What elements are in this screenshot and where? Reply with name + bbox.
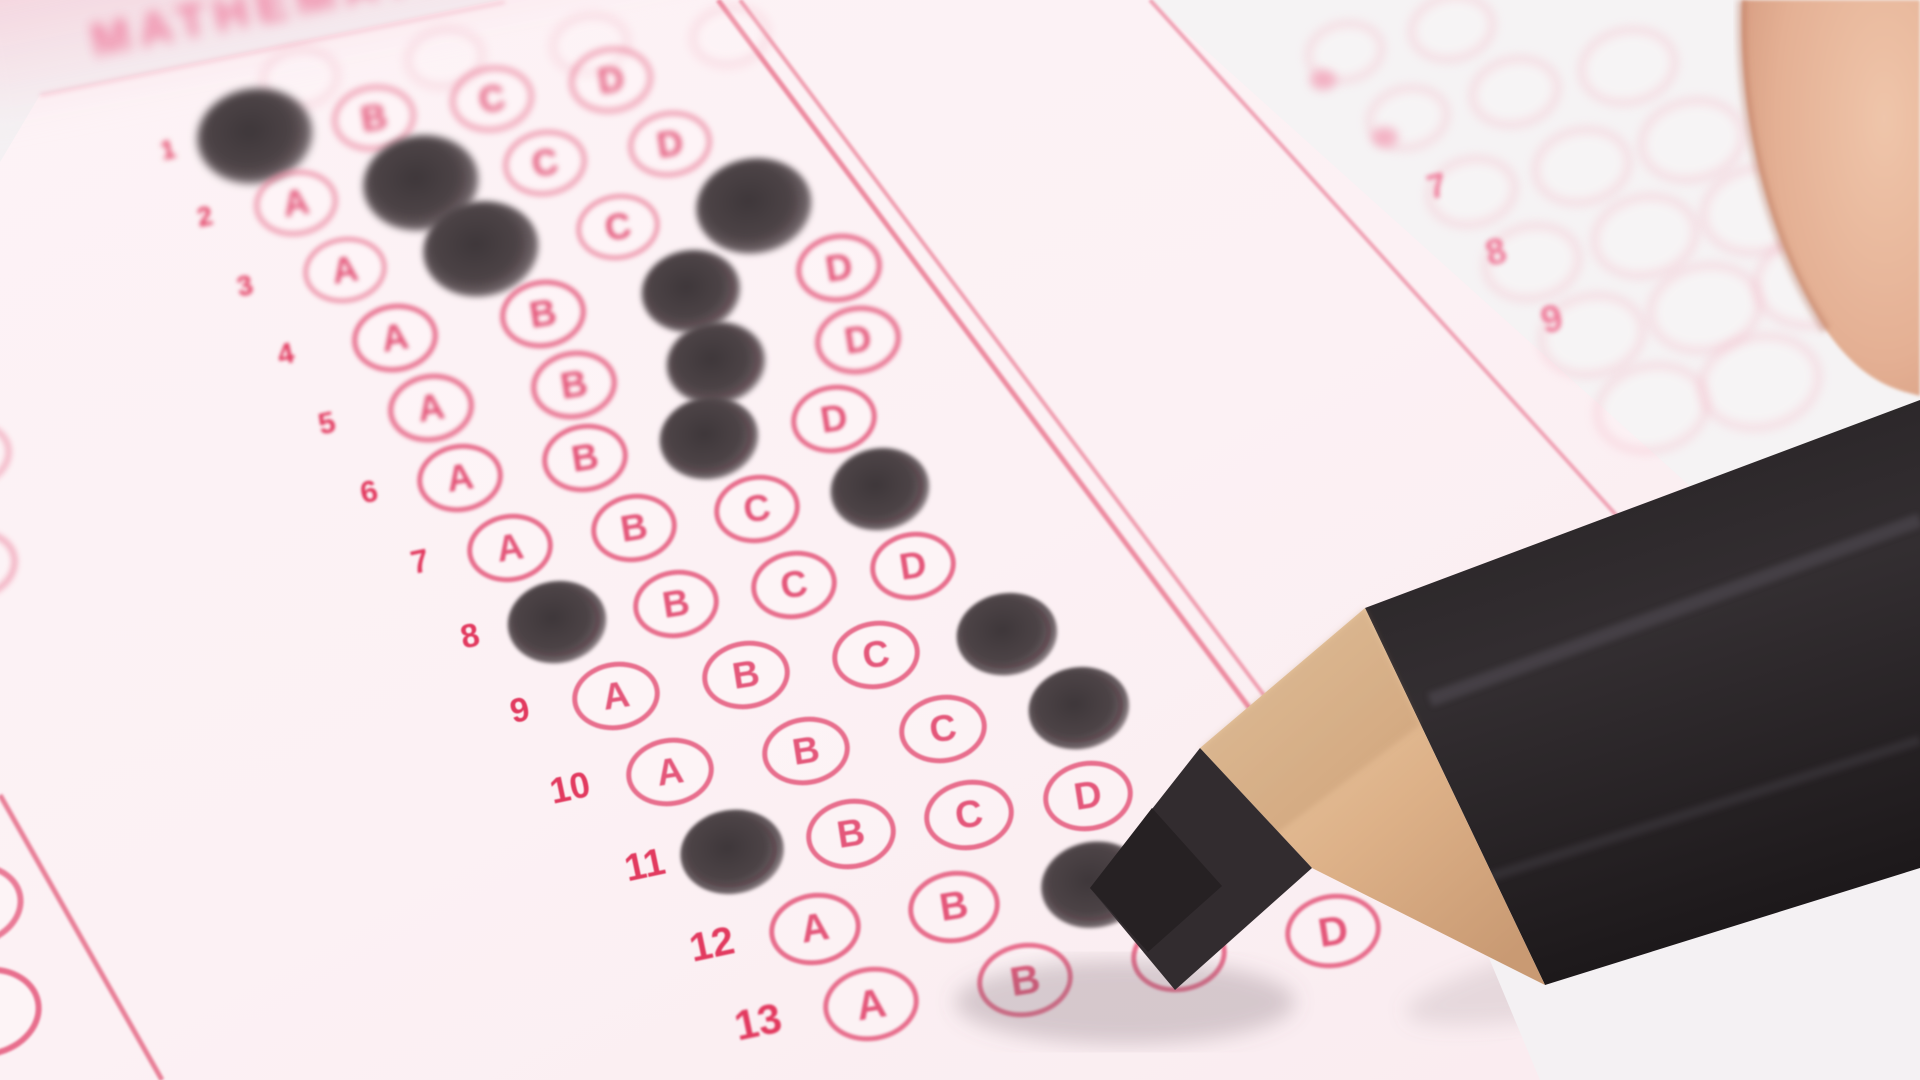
fingertip [1742, 0, 1920, 396]
pencil-shadow [955, 960, 1295, 1044]
pencil [1090, 400, 1920, 990]
photo-scene: MATHEMATICS 1ABCD2ABCD3ABCD4ABCD5ABCD6AB… [0, 0, 1920, 1080]
foreground-graphics [0, 0, 1920, 1080]
